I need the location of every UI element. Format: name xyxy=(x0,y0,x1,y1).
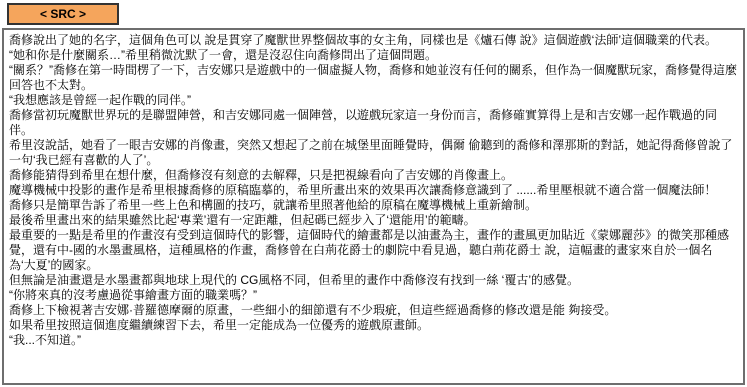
paragraph: 但無論是油畫還是水墨畫都與地球上現代的 CG風格不同，但希里的畫作中喬修沒有找到… xyxy=(9,273,738,288)
paragraph: 喬修只是簡單告訴了希里一些上色和構圖的技巧，就讓希里照著他給的原稿在魔導機械上重… xyxy=(9,198,738,213)
paragraph: “你將來真的沒考慮過從事繪畫方面的職業嗎？” xyxy=(9,288,738,303)
src-button[interactable]: < SRC > xyxy=(7,3,119,25)
paragraph: 喬修能猜得到希里在想什麼，但喬修沒有刻意的去解釋，只是把視線看向了吉安娜的肖像畫… xyxy=(9,168,738,183)
reader-page: < SRC > 喬修說出了她的名字，這個角色可以 說是貫穿了魔獸世界整個故事的女… xyxy=(0,0,747,387)
paragraph: 喬修當初玩魔獸世界玩的是聯盟陣營，和吉安娜同處一個陣營，以遊戲玩家這一身份而言，… xyxy=(9,108,738,138)
paragraph: “我...不知道。” xyxy=(9,333,738,348)
paragraph: 希里沒說話，她看了一眼吉安娜的肖像畫，突然又想起了之前在城堡里面睡覺時，偶爾 偷… xyxy=(9,138,738,168)
paragraph: 如果希里按照這個進度繼續練習下去，希里一定能成為一位優秀的遊戲原畫師。 xyxy=(9,318,738,333)
novel-text-panel: 喬修說出了她的名字，這個角色可以 說是貫穿了魔獸世界整個故事的女主角，同樣也是《… xyxy=(2,28,745,385)
paragraph: 最後希里畫出來的結果雖然比起‘專業’還有一定距離，但起碼已經步入了‘還能用’的範… xyxy=(9,213,738,228)
paragraph: 最重要的一點是希里的作畫沒有受到這個時代的影響，這個時代的繪畫都是以油畫為主，畫… xyxy=(9,228,738,273)
paragraph: 喬修說出了她的名字，這個角色可以 說是貫穿了魔獸世界整個故事的女主角，同樣也是《… xyxy=(9,33,738,48)
paragraph: “我想應該是曾經一起作戰的同伴。” xyxy=(9,93,738,108)
paragraph: 魔導機械中投影的畫作是希里根據喬修的原稿臨摹的，希里所畫出來的效果再次讓喬修意識… xyxy=(9,183,738,198)
paragraph: “關系？”喬修在第一時間楞了一下，吉安娜只是遊戲中的一個虛擬人物，喬修和她並沒有… xyxy=(9,63,738,93)
paragraph-list: 喬修說出了她的名字，這個角色可以 說是貫穿了魔獸世界整個故事的女主角，同樣也是《… xyxy=(9,33,738,348)
paragraph: 喬修上下檢視著吉安娜·普羅德摩爾的原畫，一些細小的細節還有不少瑕疵，但這些經過喬… xyxy=(9,303,738,318)
paragraph: “她和你是什麼關系…”希里稍微沈默了一會，還是沒忍住向喬修問出了這個問題。 xyxy=(9,48,738,63)
